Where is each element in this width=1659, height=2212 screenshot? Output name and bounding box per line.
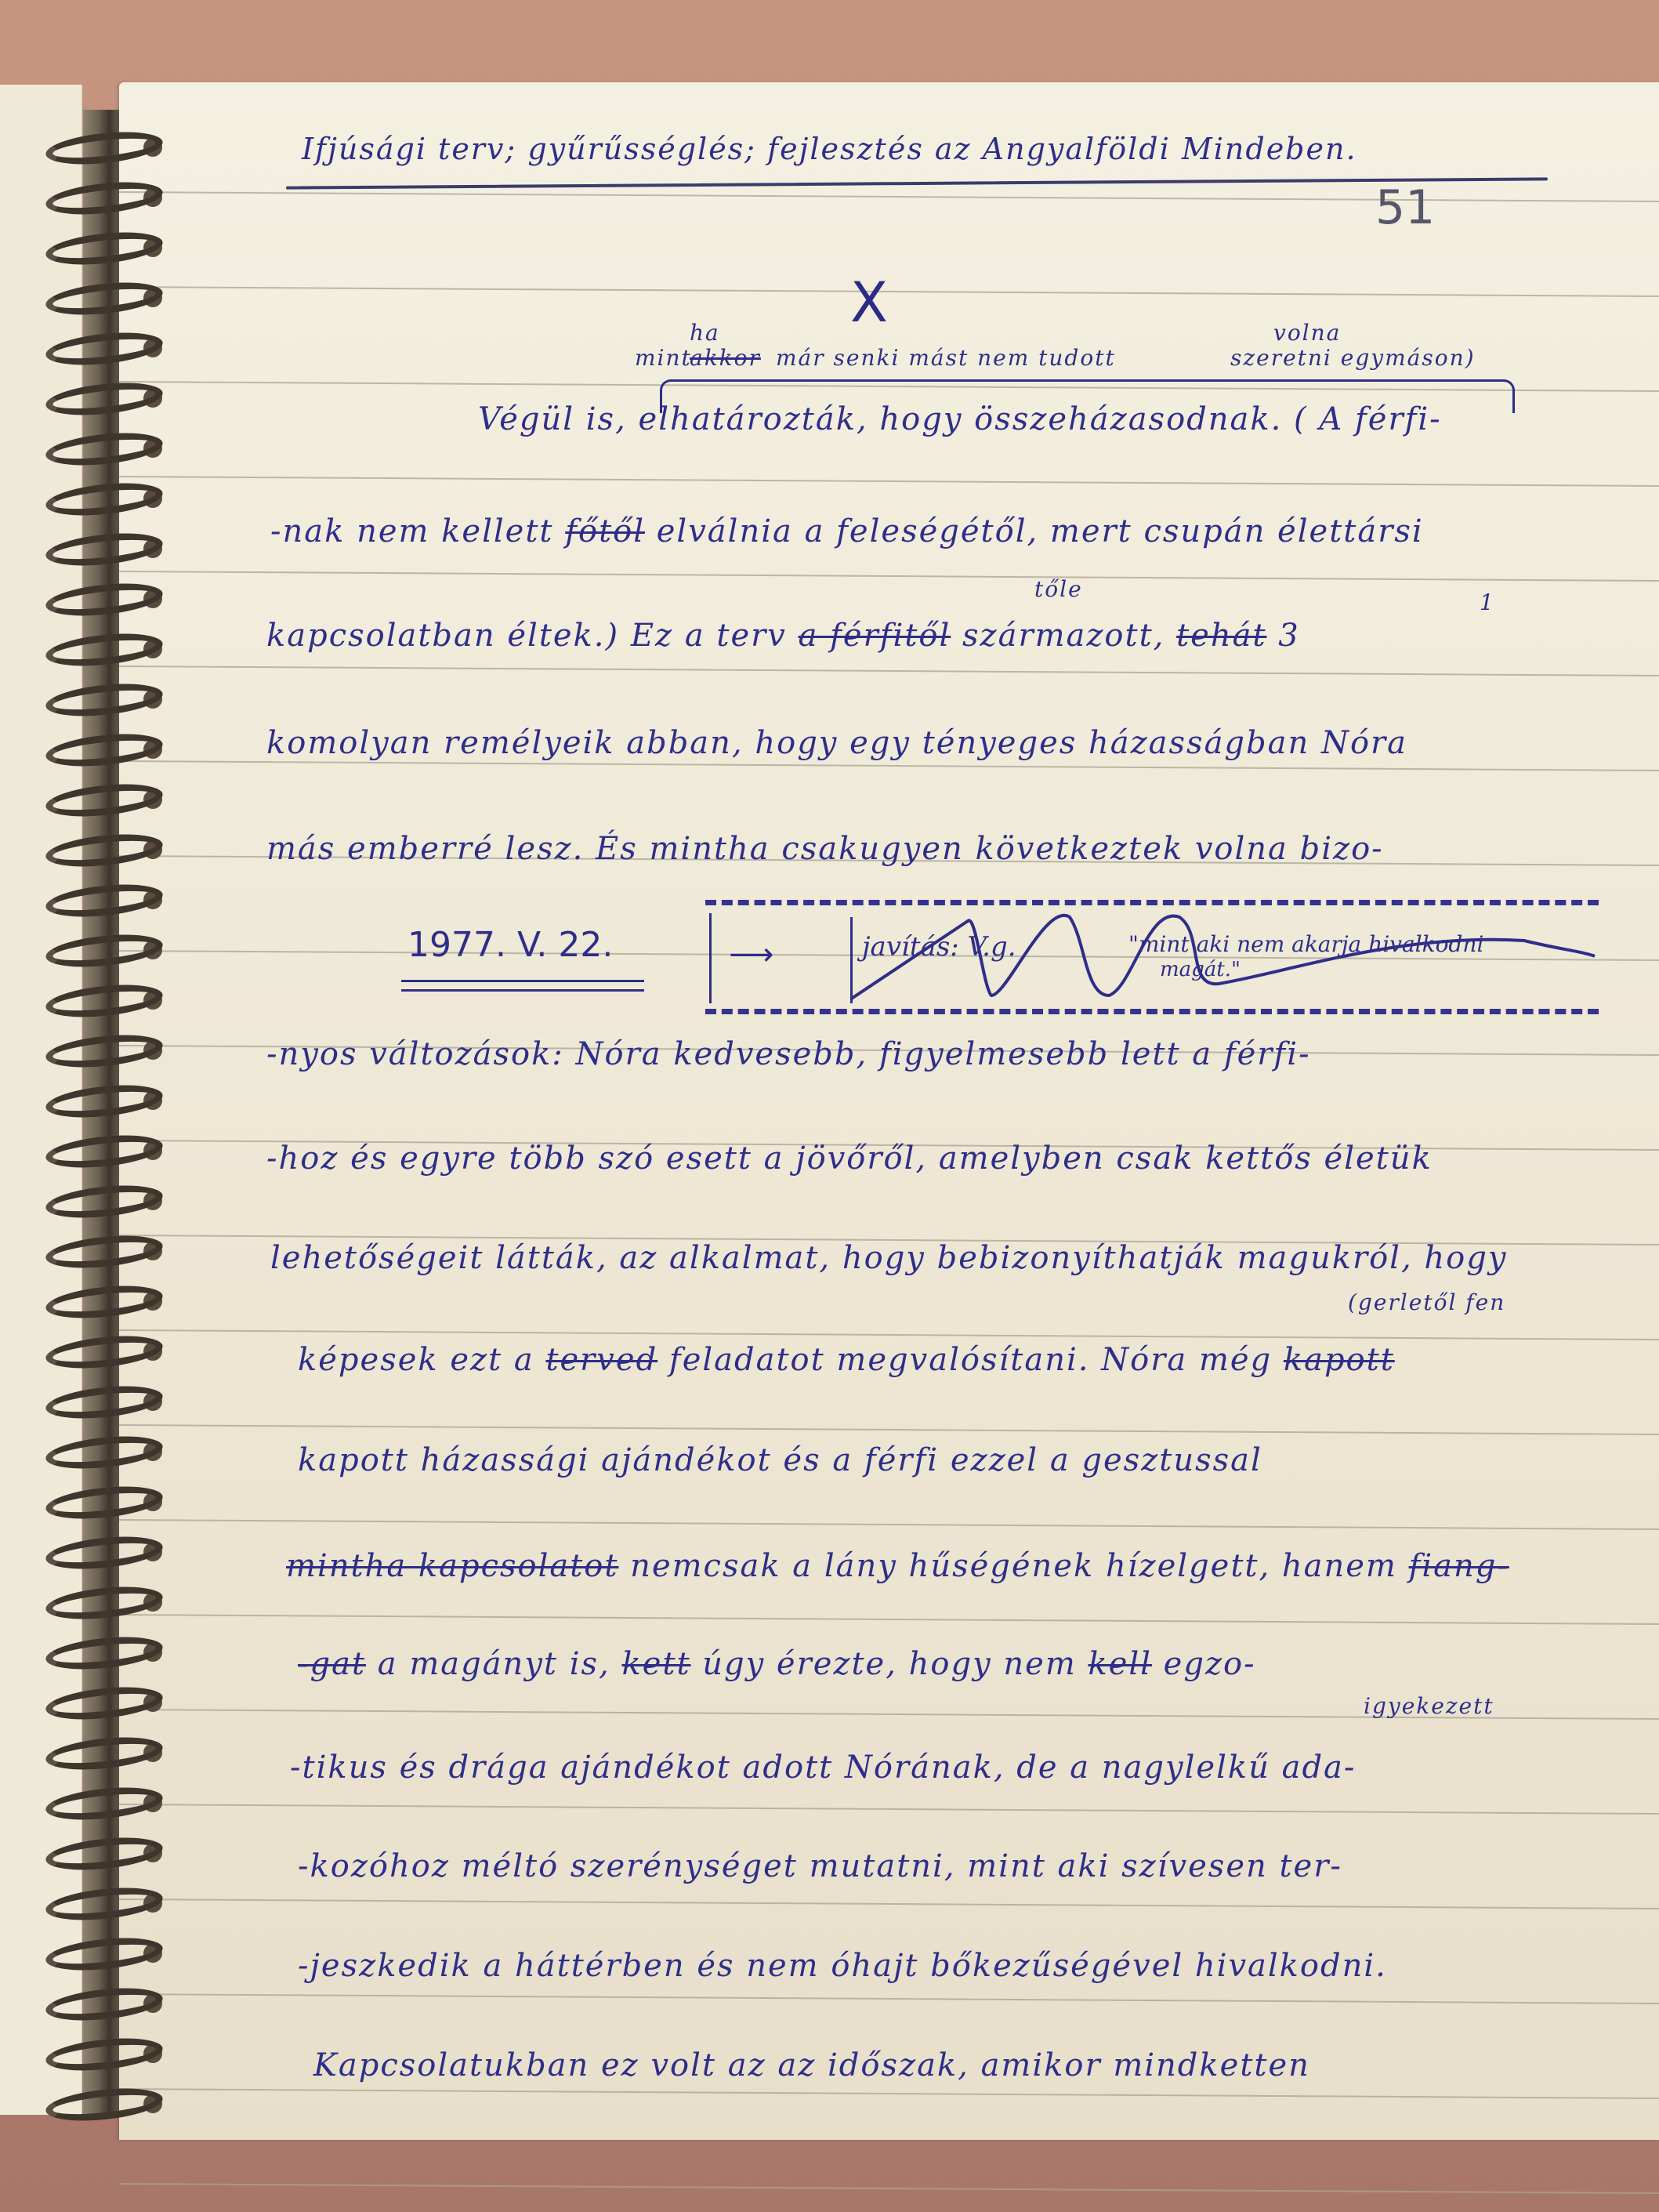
handwritten-line: -nyos változások: Nóra kedvesebb, figyel… — [266, 1036, 1311, 1072]
page-number: 51 — [1375, 180, 1435, 235]
ruled-line — [119, 571, 1659, 582]
handwritten-line: -hoz és egyre több szó esett a jövőről, … — [266, 1140, 1433, 1177]
line-text: kapcsolatban éltek.) Ez a terv — [266, 618, 799, 654]
above-line-13: igyekezett — [1364, 1693, 1494, 1719]
line-text: komolyan remélyeik abban, hogy egy ténye… — [266, 725, 1407, 761]
section-marker: X — [850, 270, 888, 335]
struck-word: -gat — [298, 1646, 366, 1682]
ruled-line — [119, 1614, 1659, 1625]
ruled-line — [119, 1329, 1659, 1340]
line-text: elhatározták, hogy összeházasodnak. ( A … — [639, 401, 1442, 437]
line-text: -kozóhoz méltó szerénységet mutatni, min… — [298, 1848, 1342, 1884]
line-text: kapott házassági ajándékot és a férfi ez… — [298, 1442, 1262, 1478]
struck-word: kapott — [1284, 1342, 1395, 1378]
line-text: Kapcsolatukban ez volt az az időszak, am… — [313, 2047, 1310, 2083]
ruled-line — [119, 665, 1659, 676]
line-3-marker: 1 — [1480, 589, 1495, 615]
handwritten-line: -tikus és drága ajándékot adott Nórának,… — [290, 1750, 1356, 1786]
struck-word: kett — [621, 1646, 690, 1682]
ruled-line — [119, 2088, 1659, 2099]
struck-word: tehát — [1176, 618, 1266, 654]
insertion-prefix: mint — [635, 345, 692, 371]
line-text: -nak nem kellett — [270, 513, 565, 549]
arrow-right-icon: ⟶ — [729, 937, 773, 973]
line-text: -jeszkedik a háttérben és nem óhajt bőke… — [298, 1948, 1387, 1984]
cross-out-scribble — [850, 909, 1603, 1003]
handwritten-line: -jeszkedik a háttérben és nem óhajt bőke… — [298, 1948, 1387, 1984]
ruled-line — [119, 1424, 1659, 1435]
struck-word: kell — [1088, 1646, 1152, 1682]
handwritten-line: kapott házassági ajándékot és a férfi ez… — [298, 1442, 1262, 1478]
line-text: más emberré lesz. És mintha csakugyen kö… — [266, 831, 1384, 867]
handwritten-line: lehetőségeit látták, az alkalmat, hogy b… — [270, 1240, 1507, 1276]
insertion-struck-word: akkor — [690, 345, 761, 371]
ruled-line — [119, 476, 1659, 487]
line-text: úgy érezte, hogy nem — [691, 1646, 1088, 1682]
handwritten-line: kapcsolatban éltek.) Ez a terv a férfitő… — [266, 618, 1300, 654]
line-text: egzo- — [1152, 1646, 1256, 1682]
ruled-line — [119, 1898, 1659, 1909]
above-line-3: tőle — [1034, 576, 1083, 602]
line-text: elválnia a feleségétől, mert csupán élet… — [645, 513, 1424, 549]
line-text: a magányt is, — [366, 1646, 621, 1682]
handwritten-line: -gat a magányt is, kett úgy érezte, hogy… — [298, 1646, 1256, 1682]
line-text: származott, — [951, 618, 1176, 654]
line-text: -hoz és egyre több szó esett a jövőről, … — [266, 1140, 1433, 1177]
line-text: lehetőségeit látták, az alkalmat, hogy b… — [270, 1240, 1507, 1276]
handwritten-line: -kozóhoz méltó szerénységet mutatni, min… — [298, 1848, 1342, 1884]
ruled-line — [119, 760, 1659, 771]
line-text: 3 — [1267, 618, 1300, 654]
insertion-above-struck: ha — [690, 320, 720, 346]
insertion-tail: szeretni egymáson) — [1230, 345, 1476, 371]
line-text: Végül is, — [478, 401, 639, 437]
handwritten-line: -nak nem kellett főtől elválnia a felesé… — [270, 513, 1424, 549]
ruled-line — [119, 1993, 1659, 2004]
ruled-line — [119, 1519, 1659, 1530]
ruled-line — [119, 286, 1659, 297]
handwritten-line: Kapcsolatukban ez volt az az időszak, am… — [313, 2047, 1310, 2083]
revision-box-edge — [709, 913, 712, 1003]
handwritten-line: komolyan remélyeik abban, hogy egy ténye… — [266, 725, 1407, 761]
above-line-9: (gerletől fen — [1348, 1289, 1505, 1315]
handwritten-line: képesek ezt a terved feladatot megvalósí… — [298, 1342, 1395, 1378]
struck-word: terved — [545, 1342, 657, 1378]
struck-word: főtől — [565, 513, 645, 549]
line-text: feladatot megvalósítani. Nóra még — [657, 1342, 1284, 1378]
page-heading: Ifjúsági terv; gyűrűsséglés; fejlesztés … — [302, 132, 1357, 166]
ruled-line — [119, 1804, 1659, 1815]
date-underline-2 — [401, 989, 644, 992]
date-underline-1 — [401, 980, 644, 982]
handwritten-line: mintha kapcsolatot nemcsak a lány hűségé… — [286, 1548, 1509, 1584]
line-text: nemcsak a lány hűségének hízelgett, hane… — [618, 1548, 1408, 1584]
revision-date: 1977. V. 22. — [408, 925, 613, 965]
handwritten-line: Végül is, elhatározták, hogy összeházaso… — [478, 401, 1442, 437]
line-text: -tikus és drága ajándékot adott Nórának,… — [290, 1750, 1356, 1786]
struck-word: fiang- — [1409, 1548, 1509, 1584]
insertion-text: már senki mást nem tudott — [776, 345, 1116, 371]
line-text: képesek ezt a — [298, 1342, 545, 1378]
struck-word: a férfitől — [799, 618, 951, 654]
handwritten-line: más emberré lesz. És mintha csakugyen kö… — [266, 831, 1384, 867]
struck-word: mintha kapcsolatot — [286, 1548, 618, 1584]
line-text: -nyos változások: Nóra kedvesebb, figyel… — [266, 1036, 1311, 1072]
insertion-above-word: volna — [1273, 320, 1341, 346]
